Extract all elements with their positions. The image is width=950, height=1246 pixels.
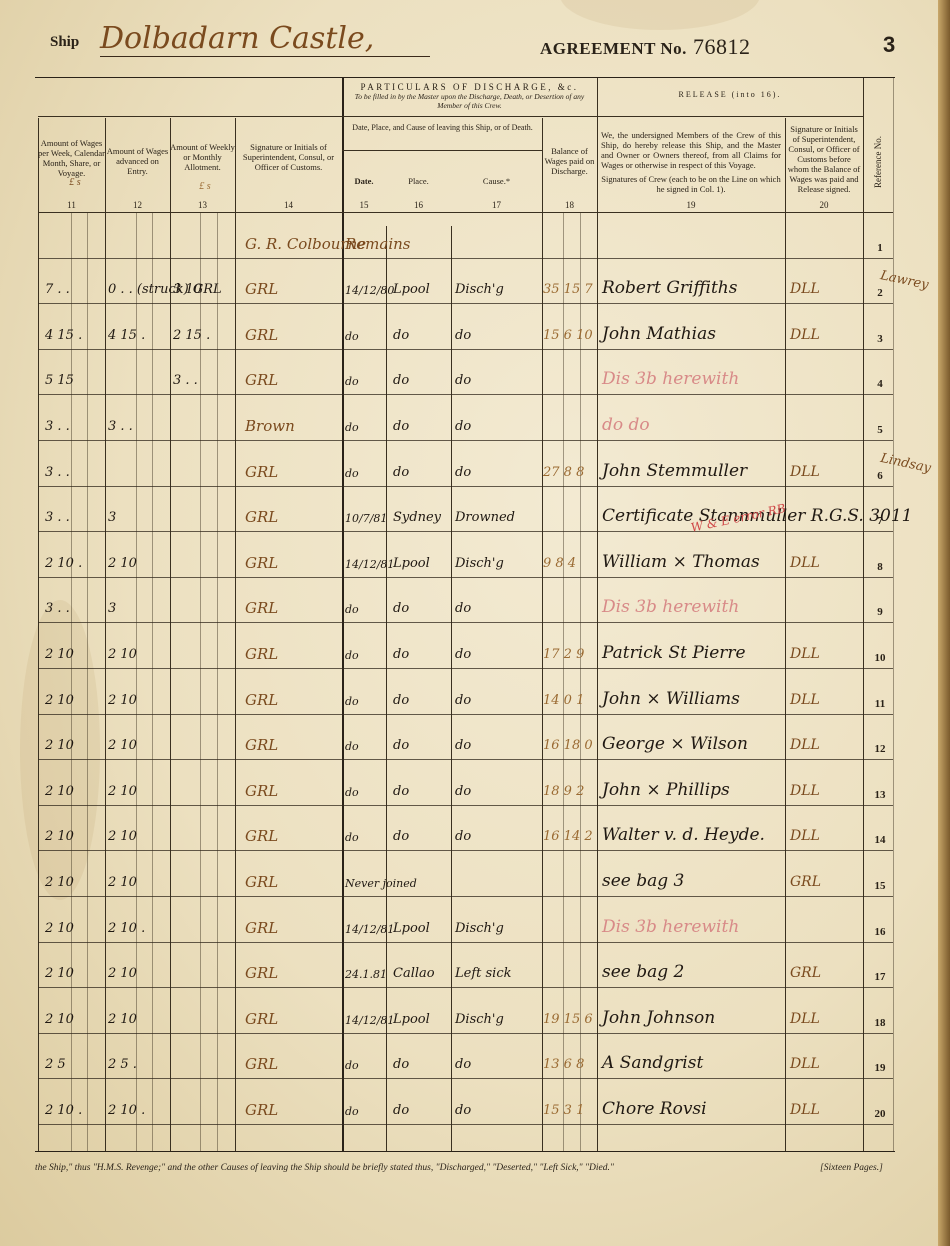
cell-c16: do [393, 829, 409, 844]
cell-c13: 3 10 [173, 282, 202, 297]
header-rule [342, 116, 597, 117]
row-rule [38, 394, 893, 395]
cell-c20: DLL [790, 646, 820, 662]
cell-c16: do [393, 738, 409, 753]
row-rule [38, 759, 893, 760]
cell-c14: GRL [245, 645, 278, 663]
discharge-subtitle: To be filled in by the Master upon the D… [342, 92, 597, 110]
row-rule [38, 805, 893, 806]
cell-c19: John × Williams [602, 689, 740, 709]
cell-c15: do [345, 603, 359, 616]
cell-c17: do [455, 601, 471, 616]
cell-c18: 17 2 9 [543, 647, 584, 662]
money-subdivider [87, 212, 88, 1151]
col-divider [105, 118, 106, 1151]
cell-c16: Sydney [393, 510, 441, 525]
footer-note: the Ship," thus "H.M.S. Revenge;" and th… [35, 1163, 614, 1173]
row-rule [38, 622, 893, 623]
reference-number: 16 [870, 926, 890, 938]
cell-c19: do do [602, 415, 650, 435]
reference-number: 11 [870, 698, 890, 710]
cell-c17: do [455, 1103, 471, 1118]
cell-c11: 3 . . [45, 510, 70, 525]
cell-c14: GRL [245, 1055, 278, 1073]
cell-c19: A Sandgrist [602, 1053, 703, 1073]
header-rule [597, 116, 863, 117]
cell-c12: 2 5 . [108, 1057, 137, 1072]
cell-c19: George × Wilson [602, 734, 748, 754]
col11-header: Amount of Wages per Week, Calendar Month… [38, 138, 105, 178]
cell-c11: 2 10 [45, 921, 74, 936]
reference-number: 20 [870, 1108, 890, 1120]
cell-c19: Dis 3b herewith [602, 369, 739, 389]
money-subdivider [136, 212, 137, 1151]
col11-annotation: £ s [55, 178, 95, 188]
cell-c15: 14/12/81 [345, 558, 394, 571]
col-divider [38, 118, 39, 1151]
cell-c17: do [455, 419, 471, 434]
cell-c17: do [455, 1057, 471, 1072]
cell-c12: 2 10 . [108, 1103, 145, 1118]
cell-c18: 16 18 0 [543, 738, 593, 753]
cell-c18: 9 8 4 [543, 556, 576, 571]
cell-c11: 2 10 [45, 647, 74, 662]
cell-c14: GRL [245, 1101, 278, 1119]
col-divider [785, 118, 786, 1151]
cell-c14: GRL [245, 554, 278, 572]
col17-number: 17 [451, 200, 542, 210]
money-subdivider [200, 212, 201, 1151]
col-divider [542, 118, 543, 1151]
cell-c15: 14/12/81 [345, 1014, 394, 1027]
cell-c18: 18 9 2 [543, 784, 584, 799]
agreement-number: 76812 [693, 34, 751, 59]
cell-c18: 27 8 8 [543, 465, 584, 480]
cell-c20: DLL [790, 327, 820, 343]
cell-c12: 2 10 [108, 738, 137, 753]
reference-number: 3 [870, 333, 890, 345]
cell-c14: GRL [245, 280, 278, 298]
cell-c16: do [393, 328, 409, 343]
cell-c15: do [345, 421, 359, 434]
cell-c19: John × Phillips [602, 780, 730, 800]
cell-c14: GRL [245, 964, 278, 982]
cell-c16: Callao [393, 966, 435, 981]
cell-c17: Drowned [455, 510, 515, 525]
cell-c14: GRL [245, 463, 278, 481]
cell-c20: DLL [790, 783, 820, 799]
cell-c11: 5 15 [45, 373, 74, 388]
cell-c18: 35 15 7 [543, 282, 593, 297]
cell-c14: GRL [245, 782, 278, 800]
cell-c20: DLL [790, 1011, 820, 1027]
cell-c17: do [455, 693, 471, 708]
cell-c11: 2 10 [45, 875, 74, 890]
cell-c16: do [393, 647, 409, 662]
col12-number: 12 [105, 200, 170, 210]
cell-c11: 2 10 [45, 1012, 74, 1027]
cell-c20: DLL [790, 692, 820, 708]
reference-number: 9 [870, 606, 890, 618]
cell-c19: John Johnson [602, 1008, 715, 1028]
money-subdivider [580, 212, 581, 1151]
col16-header: Place. [386, 176, 451, 186]
cell-c20: DLL [790, 1102, 820, 1118]
cell-c18: 15 6 10 [543, 328, 593, 343]
col13-number: 13 [170, 200, 235, 210]
cell-c11: 2 10 [45, 966, 74, 981]
discharge-title: PARTICULARS OF DISCHARGE, &c. [342, 82, 597, 92]
cell-c12: 2 10 [108, 693, 137, 708]
reference-number: 14 [870, 834, 890, 846]
col14-header: Signature or Initials of Superintendent,… [235, 142, 342, 172]
ship-label: Ship [50, 34, 79, 51]
cell-c14: GRL [245, 1010, 278, 1028]
reference-no-header: Reference No. [873, 136, 883, 188]
cell-c12: 4 15 . [108, 328, 145, 343]
cell-c19: Dis 3b herewith [602, 597, 739, 617]
col19-number: 19 [597, 200, 785, 210]
release-header: RELEASE (into 16). [597, 90, 863, 99]
cell-c15: do [345, 649, 359, 662]
row-rule [38, 714, 893, 715]
cell-c11: 2 5 [45, 1057, 66, 1072]
row-rule [38, 303, 893, 304]
cell-c16: do [393, 784, 409, 799]
reference-number: 8 [870, 561, 890, 573]
cell-c12: 2 10 [108, 966, 137, 981]
col-divider [597, 78, 598, 1151]
agreement-heading: AGREEMENT No.76812 [540, 34, 750, 60]
header-rule [38, 116, 342, 117]
cell-c19: see bag 2 [602, 962, 684, 982]
document-page: Ship Dolbadarn Castle, AGREEMENT No.7681… [0, 0, 950, 1246]
cell-c18: 14 0 1 [543, 693, 584, 708]
reference-number: 15 [870, 880, 890, 892]
reference-number: 17 [870, 971, 890, 983]
cell-c17: do [455, 647, 471, 662]
cell-c17: do [455, 328, 471, 343]
agreement-label: AGREEMENT No. [540, 39, 687, 58]
row-rule [38, 349, 893, 350]
cell-c16: do [393, 465, 409, 480]
cell-c15: do [345, 375, 359, 388]
cell-c14: GRL [245, 691, 278, 709]
cell-c12: 2 10 [108, 784, 137, 799]
cell-c14: GRL [245, 326, 278, 344]
col11-number: 11 [38, 200, 105, 210]
cell-c14: Brown [245, 417, 295, 435]
money-subdivider [71, 212, 72, 1151]
cell-c14: GRL [245, 919, 278, 937]
row-rule [38, 531, 893, 532]
row-rule [38, 896, 893, 897]
cell-c17: do [455, 784, 471, 799]
cell-c15: do [345, 467, 359, 480]
col-divider [235, 118, 236, 1151]
cell-c19: Dis 3b herewith [602, 917, 739, 937]
cell-c15: Remains [345, 235, 411, 253]
cell-c17: do [455, 738, 471, 753]
cell-c13: 3 . . [173, 373, 198, 388]
cell-c19: William × Thomas [602, 552, 760, 572]
col20-header: Signature or Initials of Superintendent,… [787, 124, 861, 194]
cell-c14: GRL [245, 371, 278, 389]
cell-c12: 2 10 . [108, 921, 145, 936]
col13-header: Amount of Weekly or Monthly Allotment. [170, 142, 235, 172]
col19-header: We, the undersigned Members of the Crew … [601, 130, 781, 170]
cell-c11: 3 . . [45, 465, 70, 480]
cell-c11: 2 10 [45, 693, 74, 708]
cell-c11: 2 10 . [45, 556, 82, 571]
cell-c17: Disch'g [455, 556, 504, 571]
row-rule [38, 987, 893, 988]
cell-c13: 2 15 . [173, 328, 210, 343]
money-subdivider [152, 212, 153, 1151]
cell-c15: 10/7/81 [345, 512, 387, 525]
col14-number: 14 [235, 200, 342, 210]
reference-number: 10 [870, 652, 890, 664]
page-edge [938, 0, 950, 1246]
page-number: 3 [883, 32, 895, 58]
reference-number: 4 [870, 378, 890, 390]
cell-c19: see bag 3 [602, 871, 684, 891]
reference-number: 19 [870, 1062, 890, 1074]
cell-c14: GRL [245, 827, 278, 845]
cell-c15: do [345, 786, 359, 799]
paper-stain [560, 0, 760, 30]
row-rule [38, 1124, 893, 1125]
cell-c12: 3 [108, 510, 116, 525]
reference-number: 5 [870, 424, 890, 436]
col18-header: Balance of Wages paid on Discharge. [542, 146, 597, 176]
cell-c20: DLL [790, 1056, 820, 1072]
col12-header: Amount of Wages advanced on Entry. [105, 146, 170, 176]
cell-c15: do [345, 330, 359, 343]
cell-c15: 24.1.81 [345, 968, 387, 981]
header-rule [342, 150, 542, 151]
discharge-group-header: PARTICULARS OF DISCHARGE, &c. To be fill… [342, 82, 597, 110]
cell-c11: 4 15 . [45, 328, 82, 343]
row-rule [38, 850, 893, 851]
cell-c15: Never joined [345, 877, 417, 890]
cell-c15: 14/12/80 [345, 284, 394, 297]
cell-c12: 2 10 [108, 875, 137, 890]
reference-number: 18 [870, 1017, 890, 1029]
row-rule [38, 1033, 893, 1034]
cell-c16: do [393, 601, 409, 616]
col-divider [170, 118, 171, 1151]
cell-c12: 3 . . [108, 419, 133, 434]
row-rule [38, 668, 893, 669]
cell-c11: 2 10 . [45, 1103, 82, 1118]
reference-number: 1 [870, 242, 890, 254]
cell-c16: Lpool [393, 1012, 430, 1027]
cell-c20: DLL [790, 555, 820, 571]
cell-c20: DLL [790, 464, 820, 480]
col-divider [893, 78, 894, 1151]
col17-header: Cause.* [451, 176, 542, 186]
money-subdivider [563, 212, 564, 1151]
cell-c12: 2 10 [108, 647, 137, 662]
cell-c18: 16 14 2 [543, 829, 593, 844]
cell-c19: Patrick St Pierre [602, 643, 746, 663]
col-divider [451, 226, 452, 1151]
reference-number: 12 [870, 743, 890, 755]
cell-c11: 2 10 [45, 784, 74, 799]
cell-c16: Lpool [393, 556, 430, 571]
cell-c16: do [393, 1103, 409, 1118]
col15-number: 15 [342, 200, 386, 210]
money-subdivider [217, 212, 218, 1151]
cell-c17: Disch'g [455, 282, 504, 297]
cell-c15: 14/12/81 [345, 923, 394, 936]
col20-number: 20 [785, 200, 863, 210]
cell-c18: 19 15 6 [543, 1012, 593, 1027]
row-rule [38, 486, 893, 487]
date-place-cause-header: Date, Place, and Cause of leaving this S… [345, 123, 540, 132]
cell-c20: DLL [790, 281, 820, 297]
cell-c17: Left sick [455, 966, 511, 981]
col-divider [386, 226, 387, 1151]
cell-c11: 3 . . [45, 419, 70, 434]
cell-c18: 15 3 1 [543, 1103, 584, 1118]
cell-c15: do [345, 831, 359, 844]
col18-number: 18 [542, 200, 597, 210]
cell-c15: do [345, 740, 359, 753]
cell-c15: do [345, 695, 359, 708]
header-rule [38, 212, 893, 213]
cell-c16: Lpool [393, 921, 430, 936]
cell-c11: 3 . . [45, 601, 70, 616]
cell-c17: Disch'g [455, 1012, 504, 1027]
col13-annotation: £ s [185, 182, 225, 192]
row-rule [38, 942, 893, 943]
cell-c16: Lpool [393, 282, 430, 297]
cell-c17: do [455, 829, 471, 844]
cell-c20: GRL [790, 965, 821, 981]
cell-c17: do [455, 465, 471, 480]
cell-c16: do [393, 419, 409, 434]
cell-c17: do [455, 373, 471, 388]
cell-c12: 2 10 [108, 829, 137, 844]
cell-c18: 13 6 8 [543, 1057, 584, 1072]
row-rule [38, 440, 893, 441]
cell-c16: do [393, 693, 409, 708]
cell-c19: Chore Rovsi [602, 1099, 707, 1119]
col15-header: Date. [342, 176, 386, 186]
cell-c16: do [393, 373, 409, 388]
cell-c14: GRL [245, 736, 278, 754]
cell-c19: John Stemmuller [602, 461, 747, 481]
cell-c14: GRL [245, 599, 278, 617]
cell-c14: GRL [245, 873, 278, 891]
cell-c12: 3 [108, 601, 116, 616]
col16-number: 16 [386, 200, 451, 210]
cell-c19: John Mathias [602, 324, 716, 344]
row-rule [38, 1078, 893, 1079]
row-rule [38, 577, 893, 578]
cell-c17: Disch'g [455, 921, 504, 936]
col-divider [863, 78, 864, 1151]
cell-c20: GRL [790, 874, 821, 890]
cell-c19: Walter v. d. Heyde. [602, 825, 765, 845]
reference-number: 13 [870, 789, 890, 801]
cell-c12: 2 10 [108, 1012, 137, 1027]
cell-c11: 2 10 [45, 829, 74, 844]
cell-c16: do [393, 1057, 409, 1072]
reference-number: 6 [870, 470, 890, 482]
cell-c11: 7 . . [45, 282, 70, 297]
col19-subheader: Signatures of Crew (each to be on the Li… [601, 174, 781, 194]
cell-c15: do [345, 1105, 359, 1118]
footer-pages: [Sixteen Pages.] [820, 1163, 883, 1173]
reference-number: 2 [870, 287, 890, 299]
cell-c19: Robert Griffiths [602, 278, 737, 298]
cell-c15: do [345, 1059, 359, 1072]
row-rule [38, 258, 893, 259]
ship-name: Dolbadarn Castle, [100, 22, 430, 57]
cell-c20: DLL [790, 737, 820, 753]
cell-c14: GRL [245, 508, 278, 526]
cell-c12: 2 10 [108, 556, 137, 571]
cell-c11: 2 10 [45, 738, 74, 753]
cell-c20: DLL [790, 828, 820, 844]
